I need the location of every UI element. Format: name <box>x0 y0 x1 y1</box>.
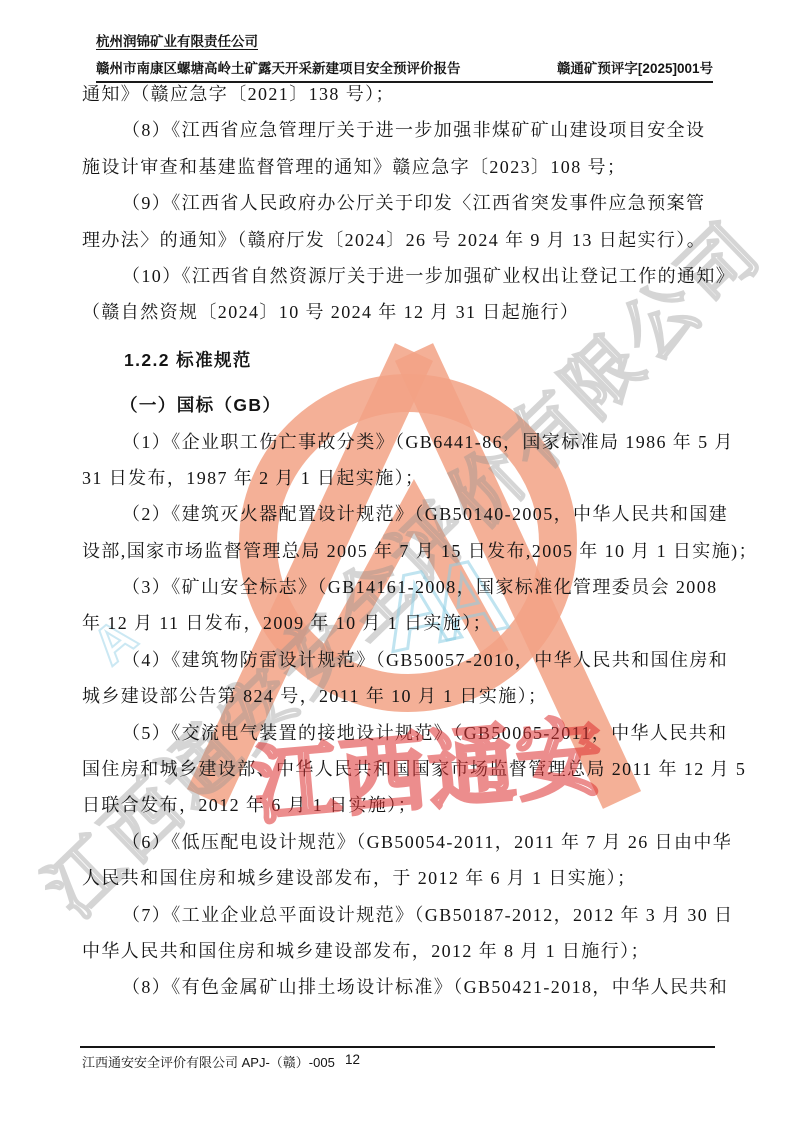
body-line: （6）《低压配电设计规范》（GB50054-2011，2011 年 7 月 26… <box>82 824 718 860</box>
body-line: 年 12 月 11 日发布，2009 年 10 月 1 日实施）； <box>82 605 718 641</box>
header-doc-number: 赣通矿预评字[2025]001号 <box>557 57 713 77</box>
body-line: 理办法〉的通知》（赣府厅发〔2024〕26 号 2024 年 9 月 13 日起… <box>82 222 718 258</box>
header-title-row: 赣州市南康区螺塘高岭土矿露天开采新建项目安全预评价报告 赣通矿预评字[2025]… <box>96 57 713 83</box>
page-header: 杭州润锦矿业有限责任公司 赣州市南康区螺塘高岭土矿露天开采新建项目安全预评价报告… <box>96 30 713 83</box>
body-line: （8）《有色金属矿山排土场设计标准》（GB50421-2018，中华人民共和 <box>82 969 718 1005</box>
body-line: 城乡建设部公告第 824 号，2011 年 10 月 1 日实施）； <box>82 678 718 714</box>
body-line: （4）《建筑物防雷设计规范》（GB50057-2010，中华人民共和国住房和 <box>82 642 718 678</box>
body-line: 设部,国家市场监督管理总局 2005 年 7 月 15 日发布,2005 年 1… <box>82 533 718 569</box>
body-line: 人民共和国住房和城乡建设部发布，于 2012 年 6 月 1 日实施）； <box>82 860 718 896</box>
body-line: （9）《江西省人民政府办公厅关于印发〈江西省突发事件应急预案管 <box>82 185 718 221</box>
body-line: （赣自然资规〔2024〕10 号 2024 年 12 月 31 日起施行） <box>82 294 718 330</box>
body-line: 施设计审查和基建监督管理的通知》赣应急字〔2023〕108 号； <box>82 149 718 185</box>
footer-company-id: 江西通安安全评价有限公司 APJ-（赣）-005 <box>82 1052 335 1071</box>
header-company-name: 杭州润锦矿业有限责任公司 <box>96 30 258 50</box>
body-line: （3）《矿山安全标志》（GB14161-2008，国家标准化管理委员会 2008 <box>82 569 718 605</box>
document-page: 江西通安安全评价有限公司 AA A 杭州润锦矿业有限责任公司 赣州市南康区螺塘高… <box>0 0 793 1122</box>
body-line: 日联合发布，2012 年 6 月 1 日实施）； <box>82 787 718 823</box>
body-line: 中华人民共和国住房和城乡建设部发布，2012 年 8 月 1 日施行）； <box>82 933 718 969</box>
report-body: 通知》（赣应急字〔2021〕138 号）； （8）《江西省应急管理厅关于进一步加… <box>82 76 718 1006</box>
body-line: （8）《江西省应急管理厅关于进一步加强非煤矿矿山建设项目安全设 <box>82 112 718 148</box>
body-line: （10）《江西省自然资源厅关于进一步加强矿业权出让登记工作的通知》 <box>82 258 718 294</box>
header-report-title: 赣州市南康区螺塘高岭土矿露天开采新建项目安全预评价报告 <box>96 57 461 77</box>
subsection-heading: （一）国标（GB） <box>82 387 718 423</box>
section-heading: 1.2.2 标准规范 <box>82 342 718 378</box>
body-line: （1）《企业职工伤亡事故分类》（GB6441-86，国家标准局 1986 年 5… <box>82 424 718 460</box>
body-line: （5）《交流电气装置的接地设计规范》（GB50065-2011，中华人民共和 <box>82 715 718 751</box>
footer-page-number: 12 <box>345 1052 360 1067</box>
body-line: （2）《建筑灭火器配置设计规范》（GB50140-2005，中华人民共和国建 <box>82 496 718 532</box>
body-line: 31 日发布，1987 年 2 月 1 日起实施）； <box>82 460 718 496</box>
body-line: 国住房和城乡建设部、中华人民共和国国家市场监督管理总局 2011 年 12 月 … <box>82 751 718 787</box>
body-line: （7）《工业企业总平面设计规范》（GB50187-2012，2012 年 3 月… <box>82 897 718 933</box>
footer-divider <box>80 1046 715 1048</box>
